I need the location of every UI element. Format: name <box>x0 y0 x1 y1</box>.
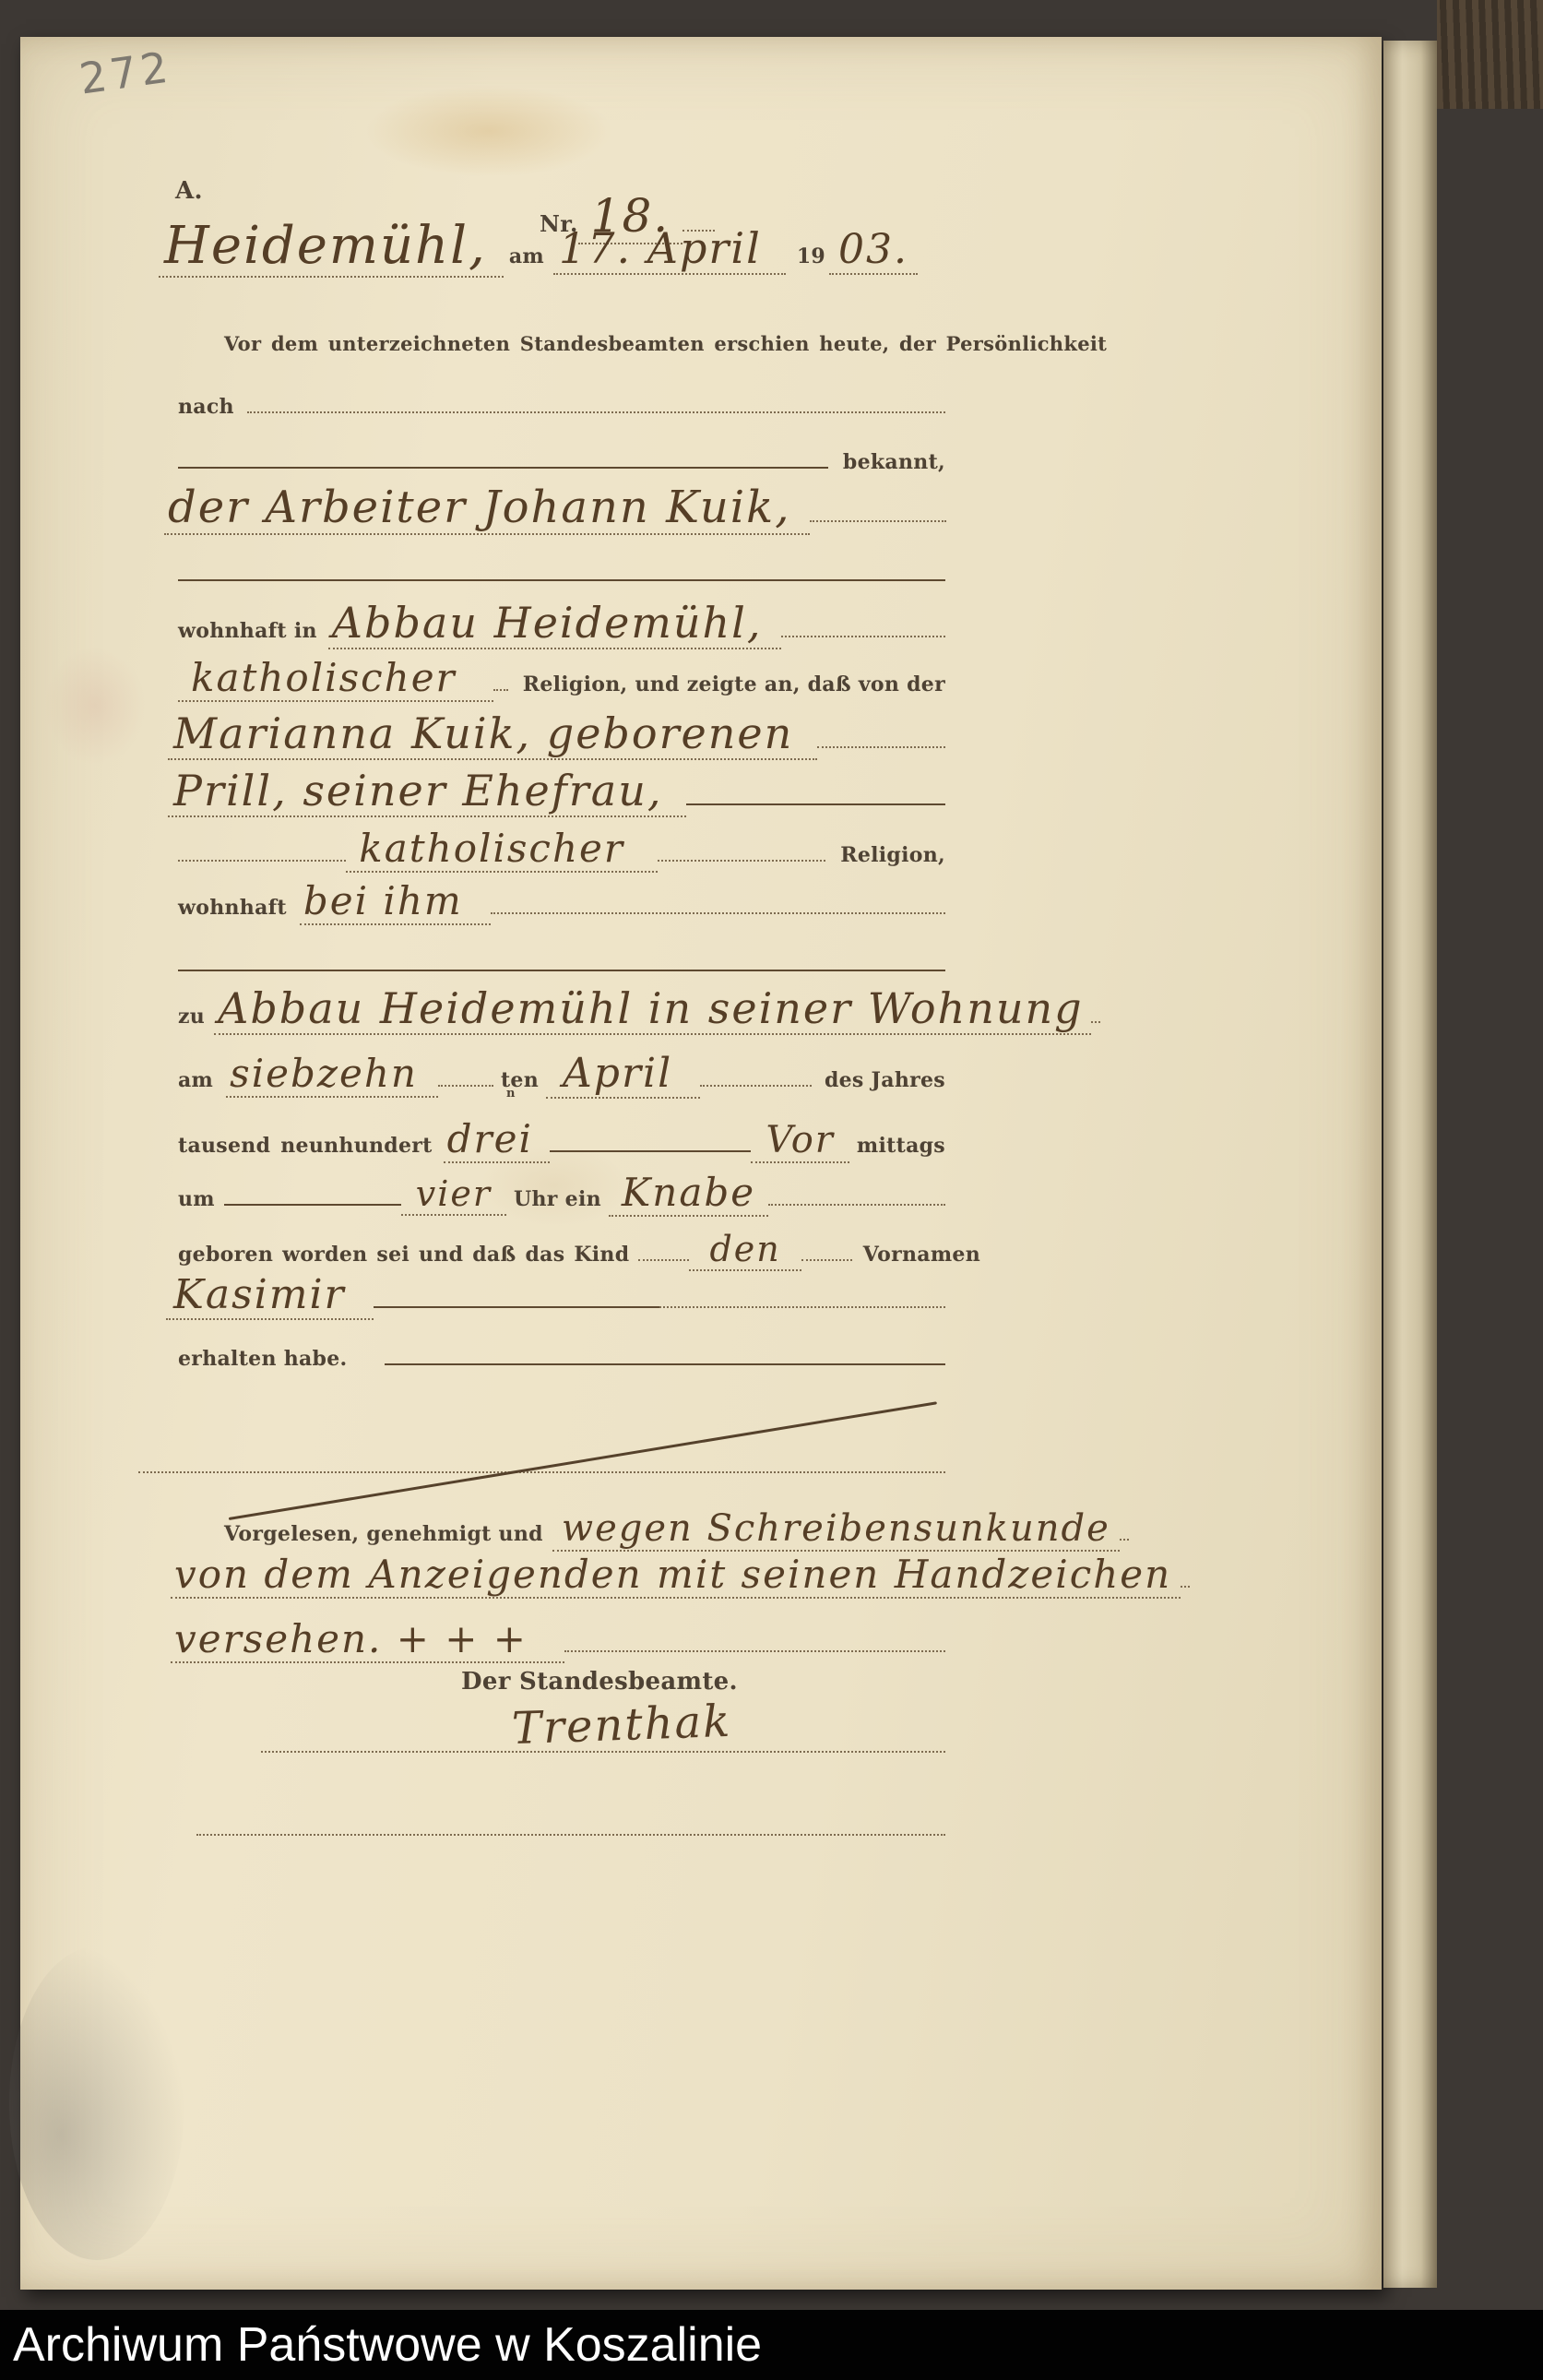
blank-rule-line <box>178 579 945 581</box>
rule-line <box>810 520 947 522</box>
year-prefix-label: 19 <box>797 244 825 268</box>
den-value: den <box>689 1229 801 1271</box>
religion-mother-row: katholischer Religion, <box>178 826 945 873</box>
rule-line <box>491 912 945 914</box>
rule-line <box>768 1204 945 1206</box>
rule-line <box>493 689 508 691</box>
intro-line1: Vor dem unterzeichneten Standesbeamten e… <box>224 332 1107 355</box>
bekannt-row: bekannt, <box>178 450 945 478</box>
closing-row-2: von dem Anzeigenden mit seinen Handzeich… <box>171 1552 945 1599</box>
birth-year-value: drei <box>444 1116 550 1163</box>
rule-line <box>781 636 945 637</box>
declarant-row: der Arbeiter Johann Kuik, <box>164 482 946 535</box>
child-name-row: Kasimir <box>166 1271 945 1320</box>
birth-place-value: Abbau Heidemühl in seiner Wohnung <box>214 983 1090 1035</box>
ten-label: tenn <box>501 1068 539 1092</box>
nach-label: nach <box>178 395 234 419</box>
erhalten-row: erhalten habe. <box>178 1347 945 1374</box>
year-value: 03. <box>829 226 918 275</box>
birth-year-row: tausend neunhundert drei Vor mittags <box>178 1116 945 1163</box>
mother-maiden-value: Prill, seiner Ehefrau, <box>168 766 686 817</box>
birth-time-row: um vier Uhr ein Knabe <box>178 1170 945 1217</box>
residence-mother-value: bei ihm <box>300 878 491 925</box>
place-name-value: Heidemühl, <box>159 216 504 278</box>
paper-stain <box>44 646 146 766</box>
am2-label: am <box>178 1068 213 1092</box>
religion-mother-value: katholischer <box>346 826 658 873</box>
child-sex-value: Knabe <box>609 1170 768 1217</box>
rule-line <box>817 746 945 748</box>
rule-line <box>385 1363 946 1365</box>
rule-line <box>550 1150 752 1152</box>
birth-place-row: zu Abbau Heidemühl in seiner Wohnung <box>178 983 996 1035</box>
erhalten-label: erhalten habe. <box>178 1347 348 1371</box>
birth-month-value: April <box>546 1050 700 1099</box>
closing-handwritten-2: von dem Anzeigenden mit seinen Handzeich… <box>171 1552 1181 1599</box>
paper-smudge <box>9 1946 184 2260</box>
intro-line1-row: Vor dem unterzeichneten Standesbeamten e… <box>224 332 1107 355</box>
um-label: um <box>178 1187 215 1211</box>
bekannt-label: bekannt, <box>843 450 945 474</box>
geboren-label: geboren worden sei und daß das Kind <box>178 1243 629 1267</box>
blank-rule-line <box>138 1471 945 1473</box>
residence-value: Abbau Heidemühl, <box>328 598 781 649</box>
mother-name-row: Marianna Kuik, geborenen <box>168 708 945 760</box>
book-binding <box>1437 0 1543 109</box>
rule-line <box>658 860 825 862</box>
tausend-label: tausend neunhundert <box>178 1134 433 1158</box>
registrar-signature: Trenthak <box>511 1696 732 1755</box>
residence-mother-row: wohnhaft bei ihm <box>178 878 945 925</box>
form-section-label: A. <box>175 177 203 205</box>
archive-name: Archiwum Państwowe w Koszalinie <box>0 2317 762 2373</box>
rule-line <box>224 1204 401 1206</box>
scanned-document-view: 272 A. Nr. 18. Heidemühl, am 17. April 1… <box>0 0 1543 2380</box>
closing-row-3: versehen. + + + <box>171 1616 945 1663</box>
intro-nach-row: nach <box>178 395 945 422</box>
religion-father-row: katholischer Religion, und zeigte an, da… <box>178 655 945 702</box>
birth-date-row: am siebzehn tenn April des Jahres <box>178 1050 945 1099</box>
zu-label: zu <box>178 1005 205 1029</box>
rule-line <box>686 803 945 805</box>
rule-line <box>564 1650 945 1652</box>
wohnhaft-label: wohnhaft <box>178 896 287 920</box>
religion-father-label: Religion, und zeigte an, daß von der <box>523 672 945 696</box>
place-date-row: Heidemühl, am 17. April 19 03. <box>159 216 947 278</box>
rule-line <box>247 411 945 413</box>
residence-row: wohnhaft in Abbau Heidemühl, <box>178 598 945 649</box>
bottom-rule-line <box>196 1834 945 1836</box>
rule-line <box>700 1085 812 1087</box>
declarant-value: der Arbeiter Johann Kuik, <box>164 482 810 535</box>
closing-handwritten-1: wegen Schreibensunkunde <box>552 1507 1120 1552</box>
form-section-label-row: A. <box>175 177 203 205</box>
hour-value: vier <box>401 1173 506 1216</box>
mother-name-value: Marianna Kuik, geborenen <box>168 708 817 760</box>
rule-line <box>178 860 346 862</box>
birth-day-value: siebzehn <box>226 1051 438 1098</box>
rule-line <box>659 1306 945 1308</box>
registrar-title-row: Der Standesbeamte. <box>461 1668 738 1696</box>
registrar-signature-row: Trenthak <box>512 1699 731 1751</box>
wohnhaft-in-label: wohnhaft in <box>178 619 317 643</box>
date-day-month-value: 17. April <box>553 223 786 275</box>
archive-watermark-bar: Archiwum Państwowe w Koszalinie <box>0 2310 1543 2380</box>
closing-handwritten-3: versehen. + + + <box>171 1616 564 1663</box>
next-page-edge <box>1383 41 1437 2288</box>
vornamen-row: geboren worden sei und daß das Kind den … <box>178 1229 980 1271</box>
meridiem-value: Vor <box>751 1119 849 1163</box>
am-label: am <box>509 244 544 268</box>
paper-stain <box>364 85 613 177</box>
mittags-label: mittags <box>857 1134 945 1158</box>
blank-rule-line <box>178 970 945 971</box>
rule-line <box>374 1306 659 1308</box>
mother-maiden-row: Prill, seiner Ehefrau, <box>168 766 945 817</box>
signature-rule-line <box>261 1751 945 1753</box>
child-name-value: Kasimir <box>166 1271 374 1320</box>
registrar-title: Der Standesbeamte. <box>461 1668 738 1696</box>
religion-father-value: katholischer <box>178 655 493 702</box>
rule-line <box>178 467 828 469</box>
rule-line <box>1181 1586 1190 1588</box>
rule-line <box>801 1259 852 1261</box>
closing-printed-label: Vorgelesen, genehmigt und <box>224 1522 543 1546</box>
rule-line <box>638 1259 689 1261</box>
rule-line <box>1091 1021 1100 1023</box>
des-jahres-label: des Jahres <box>825 1068 945 1092</box>
vornamen-label: Vornamen <box>863 1243 980 1267</box>
religion-mother-label: Religion, <box>840 843 945 867</box>
ten-alt-label: n <box>506 1087 516 1101</box>
closing-row-1: Vorgelesen, genehmigt und wegen Schreibe… <box>224 1507 980 1552</box>
rule-line <box>1120 1539 1129 1541</box>
rule-line <box>438 1085 493 1087</box>
uhr-ein-label: Uhr ein <box>514 1187 601 1211</box>
document-page <box>20 37 1382 2290</box>
